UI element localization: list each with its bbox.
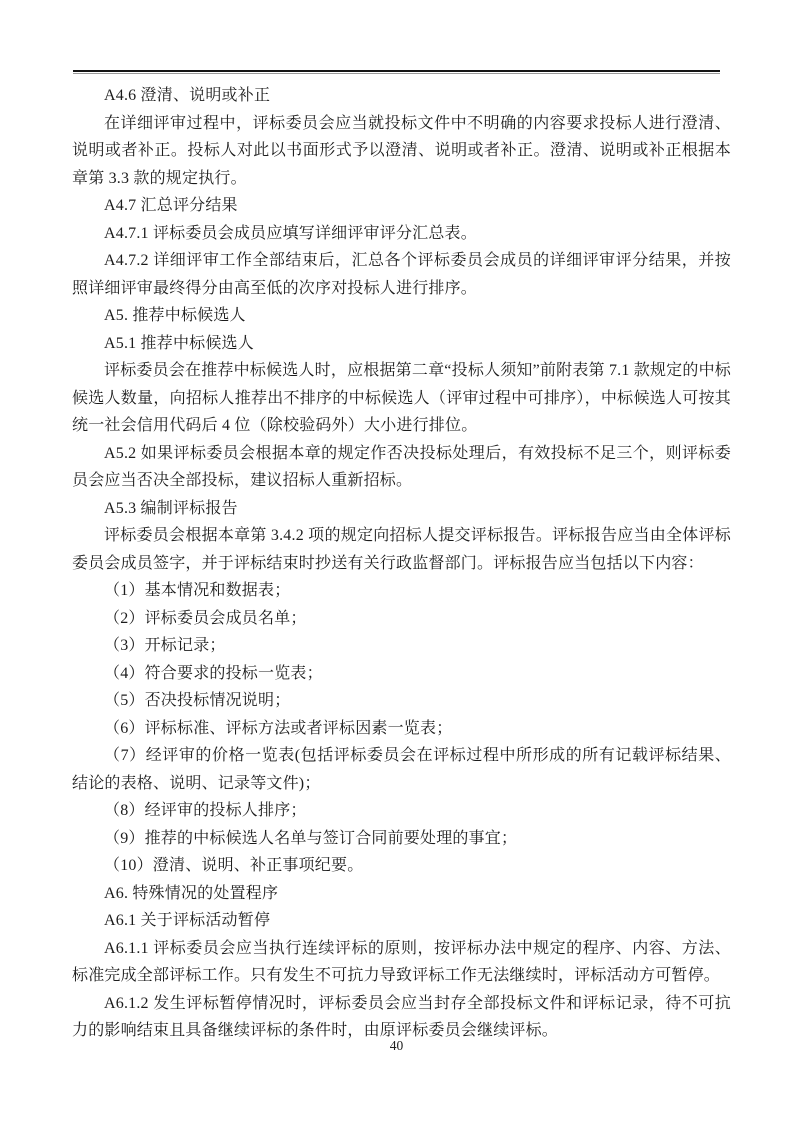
list-item-1: （1）基本情况和数据表；: [72, 577, 731, 605]
page-number: 40: [0, 1038, 793, 1054]
paragraph-a6-1-2: A6.1.2 发生评标暂停情况时，评标委员会应当封存全部投标文件和评标记录，待不…: [72, 990, 731, 1045]
section-heading-a4-6: A4.6 澄清、说明或补正: [72, 82, 731, 110]
list-item-4: （4）符合要求的投标一览表；: [72, 660, 731, 688]
paragraph-a4-7-2: A4.7.2 详细评审工作全部结束后，汇总各个评标委员会成员的详细评审评分结果，…: [72, 247, 731, 302]
list-item-6: （6）评标标准、评标方法或者评标因素一览表；: [72, 715, 731, 743]
list-item-5: （5）否决投标情况说明；: [72, 687, 731, 715]
list-item-7: （7）经评审的价格一览表(包括评标委员会在评标过程中所形成的所有记载评标结果、结…: [72, 742, 731, 797]
header-rule-thick-line: [73, 70, 720, 72]
section-heading-a5: A5. 推荐中标候选人: [72, 302, 731, 330]
list-item-8: （8）经评审的投标人排序；: [72, 797, 731, 825]
header-rule: [73, 70, 720, 74]
document-page: A4.6 澄清、说明或补正 在详细评审过程中，评标委员会应当就投标文件中不明确的…: [0, 0, 793, 1122]
section-heading-a5-1: A5.1 推荐中标候选人: [72, 330, 731, 358]
header-rule-thin-line: [73, 73, 720, 74]
section-heading-a6: A6. 特殊情况的处置程序: [72, 880, 731, 908]
list-item-10: （10）澄清、说明、补正事项纪要。: [72, 852, 731, 880]
paragraph-a5-3-body: 评标委员会根据本章第 3.4.2 项的规定向招标人提交评标报告。评标报告应当由全…: [72, 522, 731, 577]
paragraph-a6-1-1: A6.1.1 评标委员会应当执行连续评标的原则，按评标办法中规定的程序、内容、方…: [72, 935, 731, 990]
list-item-2: （2）评标委员会成员名单；: [72, 605, 731, 633]
paragraph-a4-7-1: A4.7.1 评标委员会成员应填写详细评审评分汇总表。: [72, 220, 731, 248]
list-item-3: （3）开标记录；: [72, 632, 731, 660]
document-body: A4.6 澄清、说明或补正 在详细评审过程中，评标委员会应当就投标文件中不明确的…: [72, 82, 731, 1045]
section-heading-a4-7: A4.7 汇总评分结果: [72, 192, 731, 220]
paragraph-a5-2: A5.2 如果评标委员会根据本章的规定作否决投标处理后，有效投标不足三个，则评标…: [72, 440, 731, 495]
section-heading-a5-3: A5.3 编制评标报告: [72, 495, 731, 523]
section-heading-a6-1: A6.1 关于评标活动暂停: [72, 907, 731, 935]
paragraph-a5-1-body: 评标委员会在推荐中标候选人时，应根据第二章“投标人须知”前附表第 7.1 款规定…: [72, 357, 731, 440]
paragraph-a4-6-body: 在详细评审过程中，评标委员会应当就投标文件中不明确的内容要求投标人进行澄清、说明…: [72, 110, 731, 193]
list-item-9: （9）推荐的中标候选人名单与签订合同前要处理的事宜；: [72, 825, 731, 853]
